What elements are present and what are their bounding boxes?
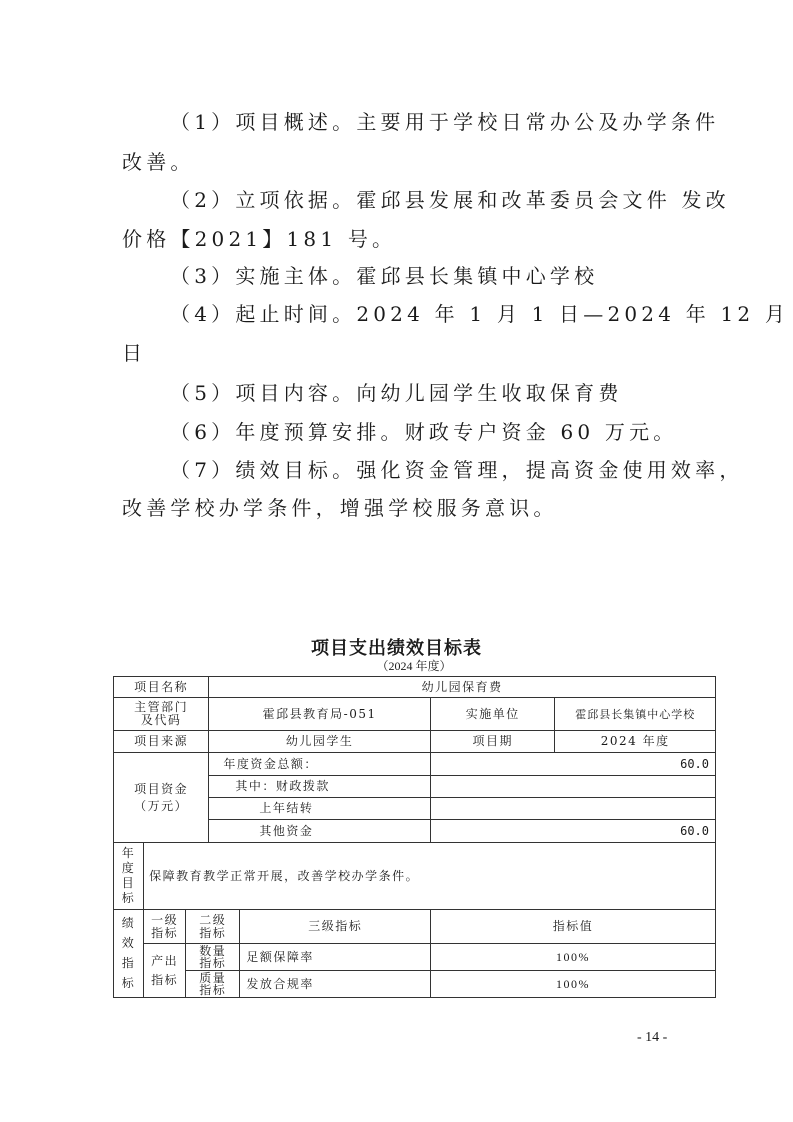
indicator-value: 100%	[431, 971, 716, 998]
indicator-level2: 质量 指标	[186, 971, 240, 998]
paragraph-overview-cont: 改善。	[122, 152, 195, 172]
impl-unit-value: 霍邱县长集镇中心学校	[555, 698, 716, 731]
header-level2-line1: 二级	[186, 914, 239, 927]
source-label: 项目来源	[114, 731, 209, 753]
indicator-level2-line2: 指标	[186, 984, 239, 996]
row-annual-goal: 年 度 目 标 保障教育教学正常开展，改善学校办学条件。	[114, 843, 716, 910]
row-project-name: 项目名称 幼儿园保育费	[114, 677, 716, 698]
paragraph-goal-cont: 改善学校办学条件，增强学校服务意识。	[122, 498, 558, 518]
header-level3: 三级指标	[240, 910, 431, 944]
output-label-line1: 产出	[144, 955, 185, 968]
funds-label-line1: 项目资金	[114, 783, 208, 796]
dept-value: 霍邱县教育局-051	[209, 698, 431, 731]
perf-label-char: 效	[114, 936, 143, 951]
funds-row-value	[431, 776, 716, 798]
page-number: - 14 -	[637, 1030, 667, 1046]
source-value: 幼儿园学生	[209, 731, 431, 753]
output-label-line2: 指标	[144, 974, 185, 987]
funds-row-value: 60.0	[431, 753, 716, 776]
paragraph-basis-cont: 价格【2021】181 号。	[122, 229, 396, 249]
funds-label: 项目资金 （万元）	[114, 753, 209, 843]
indicator-row: 质量 指标 发放合规率 100%	[114, 971, 716, 998]
header-value: 指标值	[431, 910, 716, 944]
performance-goal-table: 项目名称 幼儿园保育费 主管部门 及代码 霍邱县教育局-051 实施单位 霍邱县…	[113, 676, 716, 998]
annual-goal-char: 年	[114, 846, 143, 861]
dept-label-line2: 及代码	[114, 714, 208, 727]
indicator-level3: 发放合规率	[240, 971, 431, 998]
header-level1-line2: 指标	[144, 927, 185, 940]
perf-indicator-label: 绩 效 指 标	[114, 910, 144, 998]
indicator-row: 产出 指标 数量 指标 足额保障率 100%	[114, 944, 716, 971]
project-name-value: 幼儿园保育费	[209, 677, 716, 698]
header-level2: 二级 指标	[186, 910, 240, 944]
perf-label-char: 指	[114, 956, 143, 971]
impl-unit-label: 实施单位	[431, 698, 555, 731]
funds-row-label: 年度资金总额：	[209, 753, 431, 776]
paragraph-budget: （6）年度预算安排。财政专户资金 60 万元。	[170, 422, 678, 442]
paragraph-goal: （7）绩效目标。强化资金管理，提高资金使用效率，	[170, 460, 744, 480]
annual-goal-char: 标	[114, 891, 143, 906]
indicator-value: 100%	[431, 944, 716, 971]
table-subtitle: （2024 年度）	[0, 657, 793, 674]
paragraph-content: （5）项目内容。向幼儿园学生收取保育费	[170, 383, 623, 403]
perf-label-char: 绩	[114, 916, 143, 931]
period-label: 项目期	[431, 731, 555, 753]
project-name-label: 项目名称	[114, 677, 209, 698]
funds-label-line2: （万元）	[114, 800, 208, 813]
indicator-level3: 足额保障率	[240, 944, 431, 971]
paragraph-basis: （2）立项依据。霍邱县发展和改革委员会文件 发改	[170, 190, 730, 210]
indicator-level2-line2: 指标	[186, 957, 239, 969]
header-level1-line1: 一级	[144, 914, 185, 927]
paragraph-implementer: （3）实施主体。霍邱县长集镇中心学校	[170, 266, 598, 286]
header-level1: 一级 指标	[144, 910, 186, 944]
paragraph-period-cont: 日	[122, 343, 146, 363]
row-department: 主管部门 及代码 霍邱县教育局-051 实施单位 霍邱县长集镇中心学校	[114, 698, 716, 731]
annual-goal-text: 保障教育教学正常开展，改善学校办学条件。	[144, 843, 716, 910]
row-indicator-header: 绩 效 指 标 一级 指标 二级 指标 三级指标 指标值	[114, 910, 716, 944]
paragraph-period: （4）起止时间。2024 年 1 月 1 日—2024 年 12 月 31	[170, 304, 793, 324]
row-source: 项目来源 幼儿园学生 项目期 2024 年度	[114, 731, 716, 753]
annual-goal-char: 度	[114, 861, 143, 876]
period-value: 2024 年度	[555, 731, 716, 753]
paragraph-overview: （1）项目概述。主要用于学校日常办公及办学条件	[170, 112, 719, 132]
perf-label-char: 标	[114, 976, 143, 991]
indicator-level2: 数量 指标	[186, 944, 240, 971]
funds-row-label: 上年结转	[209, 798, 431, 820]
funds-row-label: 其他资金	[209, 820, 431, 843]
funds-row-value	[431, 798, 716, 820]
annual-goal-label: 年 度 目 标	[114, 843, 144, 910]
funds-row-value: 60.0	[431, 820, 716, 843]
annual-goal-char: 目	[114, 876, 143, 891]
dept-label: 主管部门 及代码	[114, 698, 209, 731]
row-funds-total: 项目资金 （万元） 年度资金总额： 60.0	[114, 753, 716, 776]
header-level2-line2: 指标	[186, 927, 239, 940]
funds-row-label: 其中：财政拨款	[209, 776, 431, 798]
output-indicator-label: 产出 指标	[144, 944, 186, 998]
